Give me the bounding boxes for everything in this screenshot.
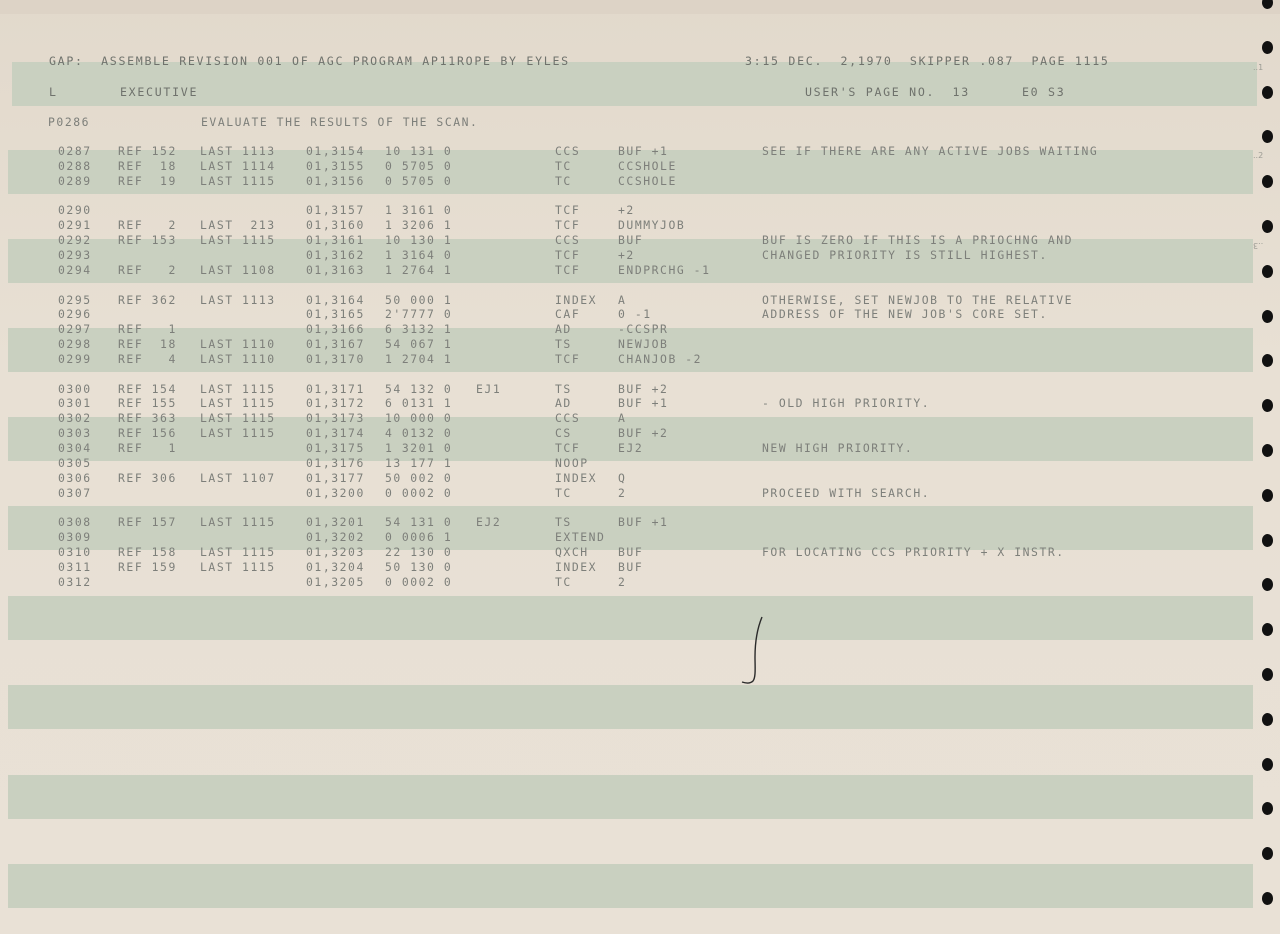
address: 01,3173 (306, 411, 365, 426)
last-ref-page: LAST 1107 (200, 471, 276, 486)
ref-count: REF 1 (118, 441, 177, 456)
operand: BUF (618, 233, 643, 248)
ref-count: REF 2 (118, 218, 177, 233)
address: 01,3161 (306, 233, 365, 248)
operand: 2 (618, 575, 626, 590)
comment: OTHERWISE, SET NEWJOB TO THE RELATIVE (762, 293, 1073, 308)
opcode: INDEX (555, 293, 597, 308)
comment: NEW HIGH PRIORITY. (762, 441, 913, 456)
comment: PROCEED WITH SEARCH. (762, 486, 930, 501)
operand: -CCSPR (618, 322, 668, 337)
feed-hole (1262, 713, 1273, 726)
comment: CHANGED PRIORITY IS STILL HIGHEST. (762, 248, 1048, 263)
opcode: TS (555, 515, 572, 530)
page-comment-text: EVALUATE THE RESULTS OF THE SCAN. (201, 115, 478, 130)
operand: Q (618, 471, 626, 486)
line-number: 0287 (58, 144, 92, 159)
opcode: TS (555, 382, 572, 397)
address: 01,3204 (306, 560, 365, 575)
last-ref-page: LAST 1115 (200, 411, 276, 426)
octal-code: 54 067 1 (385, 337, 452, 352)
octal-code: 6 3132 1 (385, 322, 452, 337)
feed-hole (1262, 623, 1273, 636)
comment: SEE IF THERE ARE ANY ACTIVE JOBS WAITING (762, 144, 1098, 159)
opcode: TC (555, 575, 572, 590)
line-number: 0303 (58, 426, 92, 441)
opcode: EXTEND (555, 530, 605, 545)
operand: DUMMYJOB (618, 218, 685, 233)
feed-hole (1262, 41, 1273, 54)
octal-code: 50 130 0 (385, 560, 452, 575)
ref-count: REF 2 (118, 263, 177, 278)
feed-hole (1262, 444, 1273, 457)
comment: ADDRESS OF THE NEW JOB'S CORE SET. (762, 307, 1048, 322)
operand: CCSHOLE (618, 174, 677, 189)
line-number: 0305 (58, 456, 92, 471)
line-number: 0310 (58, 545, 92, 560)
comment: - OLD HIGH PRIORITY. (762, 396, 930, 411)
operand: 2 (618, 486, 626, 501)
line-number: 0288 (58, 159, 92, 174)
octal-code: 1 3164 0 (385, 248, 452, 263)
address: 01,3165 (306, 307, 365, 322)
line-number: 0295 (58, 293, 92, 308)
address: 01,3172 (306, 396, 365, 411)
address: 01,3160 (306, 218, 365, 233)
opcode: TS (555, 337, 572, 352)
feed-hole (1262, 668, 1273, 681)
green-bar-band (8, 596, 1253, 640)
address: 01,3201 (306, 515, 365, 530)
address: 01,3156 (306, 174, 365, 189)
last-ref-page: LAST 1110 (200, 352, 276, 367)
opcode: TCF (555, 263, 580, 278)
address: 01,3205 (306, 575, 365, 590)
octal-code: 1 3206 1 (385, 218, 452, 233)
last-ref-page: LAST 1113 (200, 144, 276, 159)
line-number: 0293 (58, 248, 92, 263)
opcode: CS (555, 426, 572, 441)
octal-code: 6 0131 1 (385, 396, 452, 411)
opcode: INDEX (555, 471, 597, 486)
operand: CCSHOLE (618, 159, 677, 174)
printout-page: ..1 ..2 ..3 GAP: ASSEMBLE REVISION 001 O… (0, 0, 1280, 934)
last-ref-page: LAST 1115 (200, 174, 276, 189)
ref-count: REF 1 (118, 322, 177, 337)
octal-code: 1 2704 1 (385, 352, 452, 367)
address: 01,3154 (306, 144, 365, 159)
octal-code: 13 177 1 (385, 456, 452, 471)
symbol-label: EJ2 (476, 515, 501, 530)
opcode: TCF (555, 218, 580, 233)
operand: CHANJOB -2 (618, 352, 702, 367)
opcode: CCS (555, 233, 580, 248)
margin-mark: ..1 (1253, 63, 1263, 72)
ref-count: REF 157 (118, 515, 177, 530)
octal-code: 1 3161 0 (385, 203, 452, 218)
address: 01,3174 (306, 426, 365, 441)
line-number: 0304 (58, 441, 92, 456)
opcode: CCS (555, 411, 580, 426)
octal-code: 0 0006 1 (385, 530, 452, 545)
last-ref-page: LAST 1115 (200, 426, 276, 441)
ref-count: REF 362 (118, 293, 177, 308)
ref-count: REF 152 (118, 144, 177, 159)
octal-code: 50 000 1 (385, 293, 452, 308)
operand: 0 -1 (618, 307, 652, 322)
ref-count: REF 306 (118, 471, 177, 486)
ref-count: REF 18 (118, 159, 177, 174)
run-info: 3:15 DEC. 2,1970 SKIPPER .087 PAGE 1115 (745, 54, 1110, 69)
operand: BUF (618, 560, 643, 575)
address: 01,3175 (306, 441, 365, 456)
octal-code: 2'7777 0 (385, 307, 452, 322)
margin-mark: ..2 (1253, 151, 1263, 160)
feed-hole (1262, 265, 1273, 278)
last-ref-page: LAST 1108 (200, 263, 276, 278)
octal-code: 50 002 0 (385, 471, 452, 486)
ref-count: REF 154 (118, 382, 177, 397)
last-ref-page: LAST 1115 (200, 382, 276, 397)
feed-hole (1262, 802, 1273, 815)
octal-code: 1 2764 1 (385, 263, 452, 278)
line-number: 0297 (58, 322, 92, 337)
address: 01,3176 (306, 456, 365, 471)
last-ref-page: LAST 1115 (200, 560, 276, 575)
opcode: TC (555, 486, 572, 501)
feed-hole (1262, 354, 1273, 367)
octal-code: 4 0132 0 (385, 426, 452, 441)
address: 01,3157 (306, 203, 365, 218)
octal-code: 1 3201 0 (385, 441, 452, 456)
opcode: INDEX (555, 560, 597, 575)
section-name: EXECUTIVE (120, 85, 198, 100)
address: 01,3162 (306, 248, 365, 263)
opcode: NOOP (555, 456, 589, 471)
pen-stroke-mark (735, 615, 775, 685)
address: 01,3203 (306, 545, 365, 560)
opcode: CCS (555, 144, 580, 159)
octal-code: 54 132 0 (385, 382, 452, 397)
address: 01,3155 (306, 159, 365, 174)
line-number: 0289 (58, 174, 92, 189)
address: 01,3177 (306, 471, 365, 486)
line-number: 0309 (58, 530, 92, 545)
octal-code: 0 0002 0 (385, 575, 452, 590)
last-ref-page: LAST 1115 (200, 396, 276, 411)
line-number: 0302 (58, 411, 92, 426)
last-ref-page: LAST 213 (200, 218, 276, 233)
listing-title: GAP: ASSEMBLE REVISION 001 OF AGC PROGRA… (49, 54, 570, 69)
last-ref-page: LAST 1110 (200, 337, 276, 352)
last-ref-page: LAST 1114 (200, 159, 276, 174)
comment: BUF IS ZERO IF THIS IS A PRIOCHNG AND (762, 233, 1073, 248)
opcode: TCF (555, 248, 580, 263)
opcode: CAF (555, 307, 580, 322)
green-bar-band (8, 685, 1253, 729)
operand: A (618, 293, 626, 308)
feed-hole (1262, 489, 1273, 502)
address: 01,3170 (306, 352, 365, 367)
symbol-label: EJ1 (476, 382, 501, 397)
feed-hole (1262, 847, 1273, 860)
opcode: TCF (555, 203, 580, 218)
operand: BUF +1 (618, 515, 668, 530)
feed-hole (1262, 892, 1273, 905)
feed-hole (1262, 310, 1273, 323)
opcode: TCF (555, 441, 580, 456)
operand: A (618, 411, 626, 426)
last-ref-page: LAST 1115 (200, 515, 276, 530)
operand: NEWJOB (618, 337, 668, 352)
ref-count: REF 159 (118, 560, 177, 575)
address: 01,3164 (306, 293, 365, 308)
line-number: 0311 (58, 560, 92, 575)
user-page-number: USER'S PAGE NO. 13 E0 S3 (805, 85, 1065, 100)
address: 01,3202 (306, 530, 365, 545)
last-ref-page: LAST 1113 (200, 293, 276, 308)
comment: FOR LOCATING CCS PRIORITY + X INSTR. (762, 545, 1065, 560)
feed-hole (1262, 220, 1273, 233)
octal-code: 10 000 0 (385, 411, 452, 426)
ref-count: REF 156 (118, 426, 177, 441)
line-number: 0296 (58, 307, 92, 322)
operand: BUF +1 (618, 144, 668, 159)
address: 01,3200 (306, 486, 365, 501)
feed-hole (1262, 175, 1273, 188)
operand: ENDPRCHG -1 (618, 263, 711, 278)
green-bar-band (8, 775, 1253, 819)
ref-count: REF 19 (118, 174, 177, 189)
operand: BUF +2 (618, 382, 668, 397)
margin-mark: ..3 (1253, 241, 1263, 250)
line-number: 0312 (58, 575, 92, 590)
opcode: AD (555, 322, 572, 337)
operand: BUF (618, 545, 643, 560)
address: 01,3166 (306, 322, 365, 337)
ref-count: REF 4 (118, 352, 177, 367)
line-number: 0308 (58, 515, 92, 530)
section-letter: L (49, 85, 58, 100)
feed-hole (1262, 86, 1273, 99)
ref-count: REF 155 (118, 396, 177, 411)
opcode: TCF (555, 352, 580, 367)
feed-hole (1262, 399, 1273, 412)
line-number: 0301 (58, 396, 92, 411)
line-number: 0291 (58, 218, 92, 233)
opcode: QXCH (555, 545, 589, 560)
opcode: TC (555, 174, 572, 189)
line-number: 0300 (58, 382, 92, 397)
page-comment-line-number: P0286 (48, 115, 90, 130)
ref-count: REF 18 (118, 337, 177, 352)
operand: +2 (618, 248, 635, 263)
ref-count: REF 363 (118, 411, 177, 426)
line-number: 0307 (58, 486, 92, 501)
line-number: 0299 (58, 352, 92, 367)
octal-code: 10 130 1 (385, 233, 452, 248)
octal-code: 0 0002 0 (385, 486, 452, 501)
opcode: TC (555, 159, 572, 174)
operand: BUF +1 (618, 396, 668, 411)
octal-code: 22 130 0 (385, 545, 452, 560)
last-ref-page: LAST 1115 (200, 545, 276, 560)
opcode: AD (555, 396, 572, 411)
ref-count: REF 158 (118, 545, 177, 560)
line-number: 0294 (58, 263, 92, 278)
last-ref-page: LAST 1115 (200, 233, 276, 248)
address: 01,3163 (306, 263, 365, 278)
feed-hole (1262, 534, 1273, 547)
octal-code: 10 131 0 (385, 144, 452, 159)
octal-code: 54 131 0 (385, 515, 452, 530)
line-number: 0292 (58, 233, 92, 248)
operand: EJ2 (618, 441, 643, 456)
feed-hole (1262, 130, 1273, 143)
operand: BUF +2 (618, 426, 668, 441)
line-number: 0290 (58, 203, 92, 218)
green-bar-band (8, 864, 1253, 908)
feed-hole (1262, 758, 1273, 771)
feed-hole (1262, 578, 1273, 591)
line-number: 0298 (58, 337, 92, 352)
ref-count: REF 153 (118, 233, 177, 248)
address: 01,3167 (306, 337, 365, 352)
octal-code: 0 5705 0 (385, 159, 452, 174)
line-number: 0306 (58, 471, 92, 486)
paper-top-edge (0, 0, 1280, 14)
octal-code: 0 5705 0 (385, 174, 452, 189)
address: 01,3171 (306, 382, 365, 397)
operand: +2 (618, 203, 635, 218)
